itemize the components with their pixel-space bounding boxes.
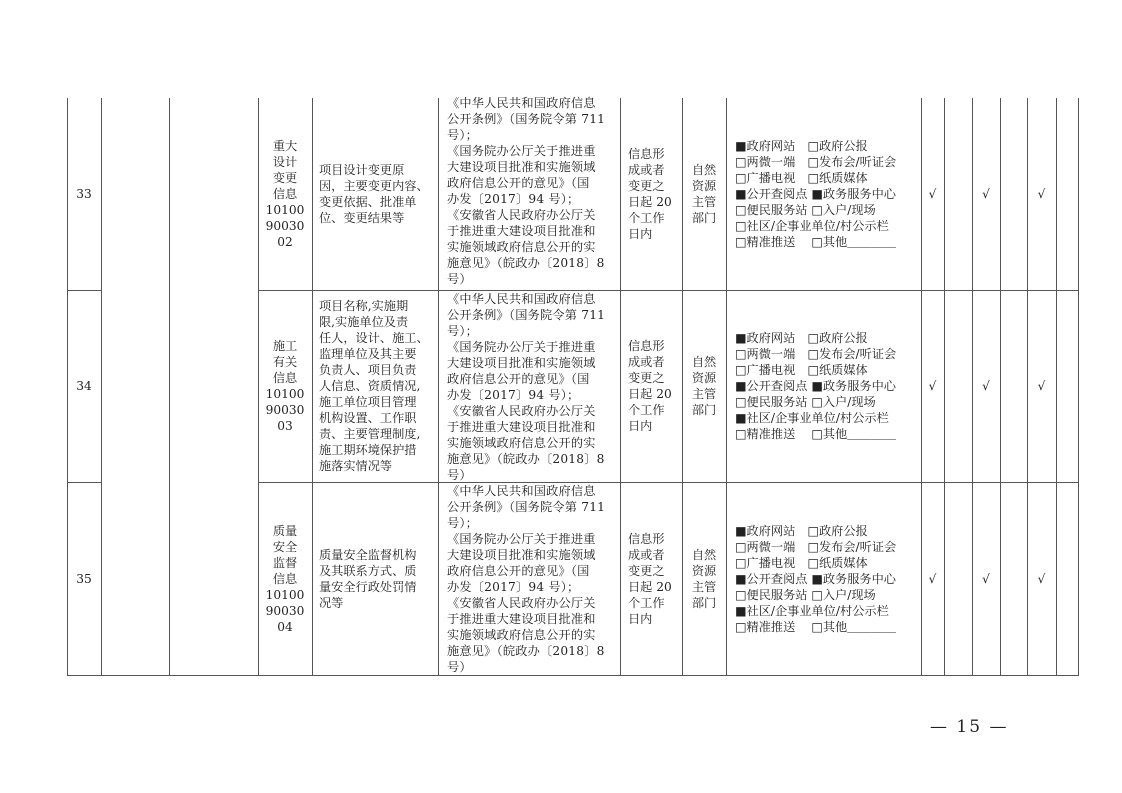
row-index: 33 xyxy=(67,98,101,290)
check-mark: √ xyxy=(1027,482,1056,675)
row-index: 34 xyxy=(67,290,101,482)
responsible-subject: 自然 资源 主管 部门 xyxy=(682,98,726,290)
item-content: 项目设计变更原 因，主要变更内容、 变更依据、批准单 位、变更结果等 xyxy=(319,98,439,290)
check-cell xyxy=(944,290,972,482)
check-mark: √ xyxy=(1027,98,1056,290)
timeframe: 信息形 成或者 变更之 日起 20 个工作 日内 xyxy=(628,98,682,290)
timeframe: 信息形 成或者 变更之 日起 20 个工作 日内 xyxy=(628,482,682,675)
check-mark: √ xyxy=(921,290,944,482)
check-cell xyxy=(1000,98,1027,290)
col-border xyxy=(101,98,102,676)
col-border xyxy=(1078,98,1079,676)
timeframe: 信息形 成或者 变更之 日起 20 个工作 日内 xyxy=(628,290,682,482)
table-bottom-border xyxy=(67,675,1079,676)
responsible-subject: 自然 资源 主管 部门 xyxy=(682,290,726,482)
legal-basis: 《中华人民共和国政府信息 公开条例》（国务院令第 711 号）； 《国务院办公厅… xyxy=(438,95,621,290)
item-name: 重大 设计 变更 信息 10100 90030 02 xyxy=(258,98,312,290)
check-mark: √ xyxy=(972,482,1000,675)
row-index: 35 xyxy=(67,482,101,675)
check-cell xyxy=(1000,290,1027,482)
check-cell xyxy=(1056,290,1078,482)
check-cell xyxy=(944,482,972,675)
check-cell xyxy=(1000,482,1027,675)
check-mark: √ xyxy=(921,482,944,675)
legal-basis: 《中华人民共和国政府信息 公开条例》（国务院令第 711 号）； 《国务院办公厅… xyxy=(438,291,621,482)
publication-channels: ■政府网站 □政府公报 □两微一端 □发布会/听证会 □广播电视 □纸质媒体 ■… xyxy=(726,290,921,482)
item-content: 质量安全监督机构 及其联系方式、质 量安全行政处罚情 况等 xyxy=(319,482,439,675)
check-cell xyxy=(1056,98,1078,290)
check-mark: √ xyxy=(1027,290,1056,482)
check-mark: √ xyxy=(972,290,1000,482)
check-mark: √ xyxy=(972,98,1000,290)
item-name: 施工 有关 信息 10100 90030 03 xyxy=(258,290,312,482)
check-cell xyxy=(1056,482,1078,675)
check-cell xyxy=(944,98,972,290)
disclosure-table: 33 重大 设计 变更 信息 10100 90030 02 项目设计变更原 因，… xyxy=(67,98,1078,676)
col-border xyxy=(169,98,170,676)
responsible-subject: 自然 资源 主管 部门 xyxy=(682,482,726,675)
col-border xyxy=(312,98,313,676)
legal-basis: 《中华人民共和国政府信息 公开条例》（国务院令第 711 号）； 《国务院办公厅… xyxy=(438,483,621,675)
publication-channels: ■政府网站 □政府公报 □两微一端 □发布会/听证会 □广播电视 □纸质媒体 ■… xyxy=(726,482,921,675)
check-mark: √ xyxy=(921,98,944,290)
page-number: — 15 — xyxy=(930,717,1008,737)
item-content: 项目名称,实施期 限,实施单位及责 任人，设计、施工、 监理单位及其主要 负责人… xyxy=(319,290,439,482)
item-name: 质量 安全 监督 信息 10100 90030 04 xyxy=(258,482,312,675)
publication-channels: ■政府网站 □政府公报 □两微一端 □发布会/听证会 □广播电视 □纸质媒体 ■… xyxy=(726,98,921,290)
